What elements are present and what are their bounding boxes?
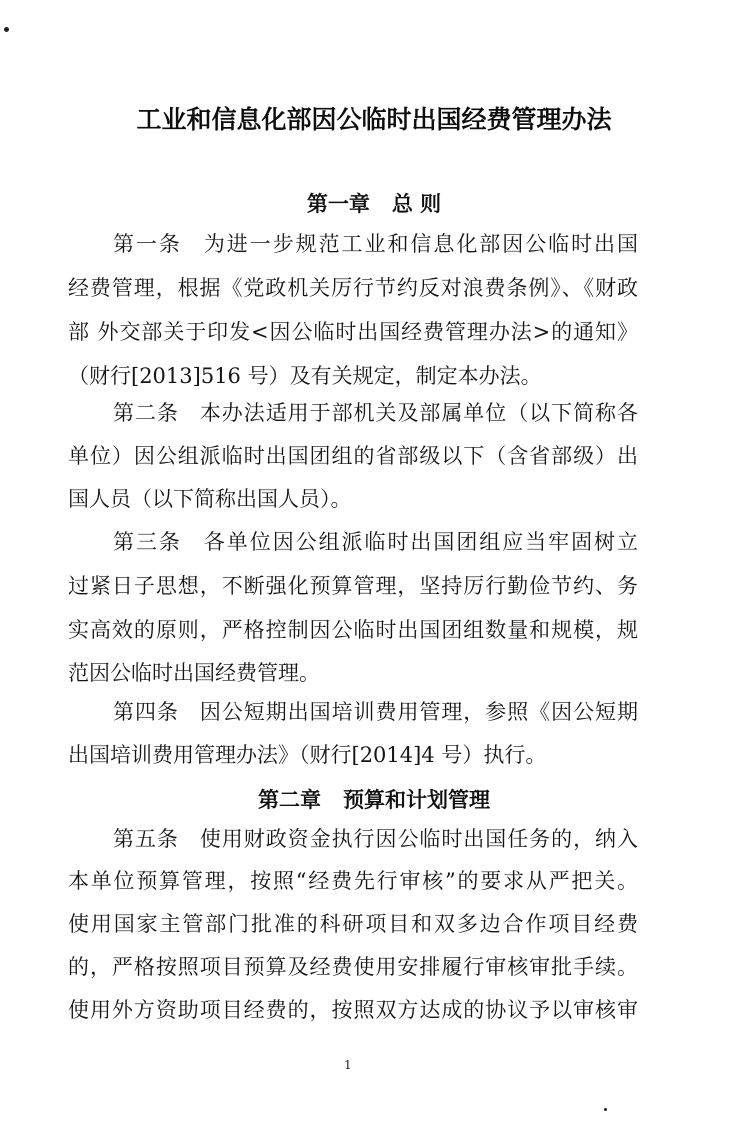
body-line: 出国培训费用管理办法》（财行[2014]4 号）执行。 <box>68 740 638 770</box>
scan-speck-mark <box>604 1108 607 1111</box>
scan-speck-mark <box>4 27 9 32</box>
body-line: 使用外方资助项目经费的，按照双方达成的协议予以审核审 <box>68 995 638 1025</box>
chapter-name: 预算和计划管理 <box>343 788 490 812</box>
body-line: 范因公临时出国经费管理。 <box>68 658 638 688</box>
chapter-number: 第二章 <box>258 788 321 812</box>
body-line: 单位）因公组派临时出国团组的省部级以下（含省部级）出 <box>68 441 638 471</box>
body-line: 的，严格按照项目预算及经费使用安排履行审核审批手续。 <box>68 952 638 982</box>
article-line: 第四条因公短期出国培训费用管理，参照《因公短期 <box>113 697 638 727</box>
article-text: 因公短期出国培训费用管理，参照《因公短期 <box>199 700 638 724</box>
body-line: 本单位预算管理，按照“经费先行审核”的要求从严把关。 <box>68 866 638 896</box>
body-line: 经费管理，根据《党政机关厉行节约反对浪费条例》、《财政 <box>68 273 638 303</box>
body-line: （财行[2013]516 号）及有关规定，制定本办法。 <box>68 361 638 391</box>
chapter-name: 总 则 <box>392 192 441 216</box>
article-text: 使用财政资金执行因公临时出国任务的，纳入 <box>199 827 638 851</box>
body-line: 部 外交部关于印发<因公临时出国经费管理办法>的通知》 <box>68 317 638 347</box>
chapter-number: 第一章 <box>307 192 370 216</box>
article-label: 第四条 <box>113 700 179 724</box>
article-line: 第一条为进一步规范工业和信息化部因公临时出国 <box>113 229 638 259</box>
article-label: 第二条 <box>113 401 179 425</box>
body-line: 过紧日子思想，不断强化预算管理，坚持厉行勤俭节约、务 <box>68 571 638 601</box>
article-text: 为进一步规范工业和信息化部因公临时出国 <box>202 232 638 256</box>
body-line: 实高效的原则，严格控制因公临时出国团组数量和规模，规 <box>68 615 638 645</box>
article-line: 第三条各单位因公组派临时出国团组应当牢固树立 <box>113 527 638 557</box>
document-title: 工业和信息化部因公临时出国经费管理办法 <box>0 100 748 136</box>
article-label: 第三条 <box>113 530 182 554</box>
page-number: 1 <box>344 1058 352 1072</box>
article-label: 第五条 <box>113 827 179 851</box>
chapter-heading-1: 第一章总 则 <box>0 188 748 218</box>
article-text: 本办法适用于部机关及部属单位（以下简称各 <box>199 401 638 425</box>
article-line: 第二条本办法适用于部机关及部属单位（以下简称各 <box>113 398 638 428</box>
body-line: 使用国家主管部门批准的科研项目和双多边合作项目经费 <box>68 909 638 939</box>
document-page: 工业和信息化部因公临时出国经费管理办法 第一章总 则 第一条为进一步规范工业和信… <box>0 0 748 1121</box>
article-label: 第一条 <box>113 232 182 256</box>
body-line: 国人员（以下简称出国人员）。 <box>68 484 638 514</box>
chapter-heading-2: 第二章预算和计划管理 <box>0 784 748 814</box>
article-line: 第五条使用财政资金执行因公临时出国任务的，纳入 <box>113 824 638 854</box>
article-text: 各单位因公组派临时出国团组应当牢固树立 <box>202 530 638 554</box>
